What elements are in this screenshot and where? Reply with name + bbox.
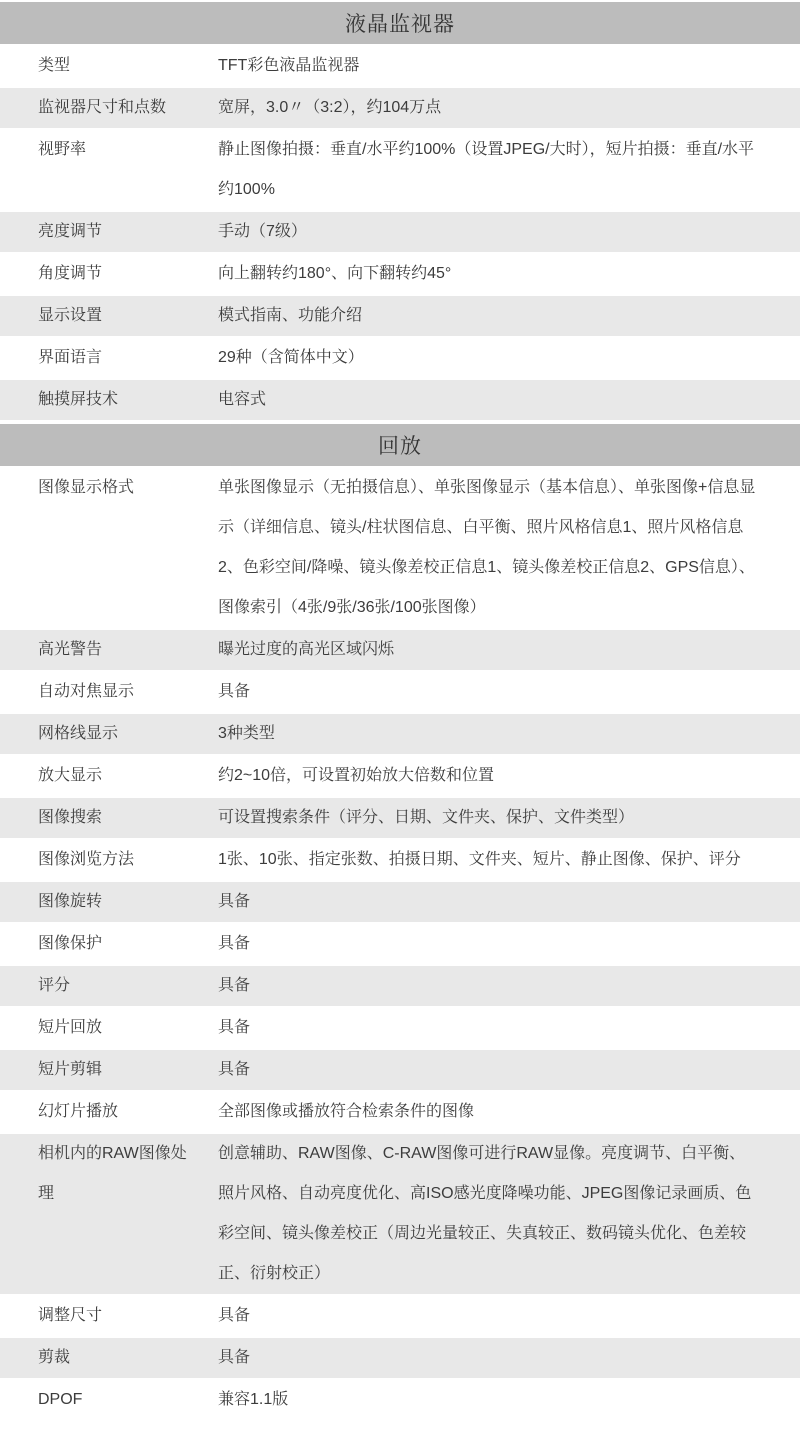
spec-value: 具备 <box>218 1050 760 1090</box>
spec-value: 可设置搜索条件（评分、日期、文件夹、保护、文件类型） <box>218 798 760 838</box>
spec-row: 调整尺寸 具备 <box>0 1296 800 1338</box>
section-header: 液晶监视器 <box>0 0 800 46</box>
spec-label: 触摸屏技术 <box>0 380 188 420</box>
spec-row: DPOF 兼容1.1版 <box>0 1380 800 1422</box>
spec-value: 29种（含简体中文） <box>218 338 760 378</box>
spec-label: 相机内的RAW图像处理 <box>0 1134 188 1294</box>
spec-value: 静止图像拍摄：垂直/水平约100%（设置JPEG/大时），短片拍摄：垂直/水平约… <box>218 130 760 210</box>
spec-row: 网格线显示 3种类型 <box>0 714 800 756</box>
spec-value: 电容式 <box>218 380 760 420</box>
spec-value: 1张、10张、指定张数、拍摄日期、文件夹、短片、静止图像、保护、评分 <box>218 840 760 880</box>
spec-label: 图像浏览方法 <box>0 840 188 880</box>
spec-value: 约2~10倍，可设置初始放大倍数和位置 <box>218 756 760 796</box>
spec-row: 图像保护 具备 <box>0 924 800 966</box>
spec-sections: 液晶监视器 类型 TFT彩色液晶监视器 监视器尺寸和点数 宽屏，3.0〃（3:2… <box>0 0 800 1422</box>
spec-label: 界面语言 <box>0 338 188 378</box>
spec-row: 图像旋转 具备 <box>0 882 800 924</box>
spec-row: 图像搜索 可设置搜索条件（评分、日期、文件夹、保护、文件类型） <box>0 798 800 840</box>
spec-label: 网格线显示 <box>0 714 188 754</box>
spec-label: 视野率 <box>0 130 188 210</box>
spec-row: 放大显示 约2~10倍，可设置初始放大倍数和位置 <box>0 756 800 798</box>
spec-value: 具备 <box>218 924 760 964</box>
spec-value: 创意辅助、RAW图像、C-RAW图像可进行RAW显像。亮度调节、白平衡、照片风格… <box>218 1134 760 1294</box>
section-title: 液晶监视器 <box>345 8 455 38</box>
spec-row: 高光警告 曝光过度的高光区域闪烁 <box>0 630 800 672</box>
section-title: 回放 <box>378 430 422 460</box>
spec-value: TFT彩色液晶监视器 <box>218 46 760 86</box>
spec-row: 自动对焦显示 具备 <box>0 672 800 714</box>
spec-label: 图像搜索 <box>0 798 188 838</box>
spec-value: 曝光过度的高光区域闪烁 <box>218 630 760 670</box>
spec-row: 图像显示格式 单张图像显示（无拍摄信息）、单张图像显示（基本信息）、单张图像+信… <box>0 468 800 630</box>
spec-label: 图像旋转 <box>0 882 188 922</box>
spec-row: 角度调节 向上翻转约180°、向下翻转约45° <box>0 254 800 296</box>
spec-row: 评分 具备 <box>0 966 800 1008</box>
camera-spec-sheet: 液晶监视器 类型 TFT彩色液晶监视器 监视器尺寸和点数 宽屏，3.0〃（3:2… <box>0 0 800 1422</box>
spec-value: 具备 <box>218 966 760 1006</box>
spec-value: 具备 <box>218 1008 760 1048</box>
spec-label: 短片回放 <box>0 1008 188 1048</box>
spec-label: DPOF <box>0 1380 188 1420</box>
spec-row: 视野率 静止图像拍摄：垂直/水平约100%（设置JPEG/大时），短片拍摄：垂直… <box>0 130 800 212</box>
spec-label: 调整尺寸 <box>0 1296 188 1336</box>
spec-row: 类型 TFT彩色液晶监视器 <box>0 46 800 88</box>
spec-label: 图像显示格式 <box>0 468 188 628</box>
spec-label: 放大显示 <box>0 756 188 796</box>
spec-row: 监视器尺寸和点数 宽屏，3.0〃（3:2），约104万点 <box>0 88 800 130</box>
spec-label: 类型 <box>0 46 188 86</box>
spec-label: 幻灯片播放 <box>0 1092 188 1132</box>
spec-row: 亮度调节 手动（7级） <box>0 212 800 254</box>
spec-value: 具备 <box>218 882 760 922</box>
section-rows: 图像显示格式 单张图像显示（无拍摄信息）、单张图像显示（基本信息）、单张图像+信… <box>0 468 800 1422</box>
spec-value: 具备 <box>218 672 760 712</box>
spec-label: 高光警告 <box>0 630 188 670</box>
spec-section: 回放 图像显示格式 单张图像显示（无拍摄信息）、单张图像显示（基本信息）、单张图… <box>0 422 800 1422</box>
spec-label: 短片剪辑 <box>0 1050 188 1090</box>
spec-label: 角度调节 <box>0 254 188 294</box>
spec-value: 具备 <box>218 1338 760 1378</box>
spec-row: 界面语言 29种（含简体中文） <box>0 338 800 380</box>
spec-row: 幻灯片播放 全部图像或播放符合检索条件的图像 <box>0 1092 800 1134</box>
spec-label: 自动对焦显示 <box>0 672 188 712</box>
spec-value: 全部图像或播放符合检索条件的图像 <box>218 1092 760 1132</box>
spec-section: 液晶监视器 类型 TFT彩色液晶监视器 监视器尺寸和点数 宽屏，3.0〃（3:2… <box>0 0 800 422</box>
spec-value: 具备 <box>218 1296 760 1336</box>
spec-label: 图像保护 <box>0 924 188 964</box>
spec-row: 短片回放 具备 <box>0 1008 800 1050</box>
spec-value: 单张图像显示（无拍摄信息）、单张图像显示（基本信息）、单张图像+信息显示（详细信… <box>218 468 760 628</box>
spec-row: 图像浏览方法 1张、10张、指定张数、拍摄日期、文件夹、短片、静止图像、保护、评… <box>0 840 800 882</box>
spec-value: 向上翻转约180°、向下翻转约45° <box>218 254 760 294</box>
spec-row: 显示设置 模式指南、功能介绍 <box>0 296 800 338</box>
spec-label: 亮度调节 <box>0 212 188 252</box>
spec-row: 相机内的RAW图像处理 创意辅助、RAW图像、C-RAW图像可进行RAW显像。亮… <box>0 1134 800 1296</box>
spec-label: 剪裁 <box>0 1338 188 1378</box>
spec-label: 显示设置 <box>0 296 188 336</box>
spec-value: 3种类型 <box>218 714 760 754</box>
spec-label: 评分 <box>0 966 188 1006</box>
spec-row: 短片剪辑 具备 <box>0 1050 800 1092</box>
spec-value: 宽屏，3.0〃（3:2），约104万点 <box>218 88 760 128</box>
section-rows: 类型 TFT彩色液晶监视器 监视器尺寸和点数 宽屏，3.0〃（3:2），约104… <box>0 46 800 422</box>
spec-row: 剪裁 具备 <box>0 1338 800 1380</box>
section-header: 回放 <box>0 422 800 468</box>
spec-row: 触摸屏技术 电容式 <box>0 380 800 422</box>
spec-value: 模式指南、功能介绍 <box>218 296 760 336</box>
spec-value: 兼容1.1版 <box>218 1380 760 1420</box>
spec-value: 手动（7级） <box>218 212 760 252</box>
spec-label: 监视器尺寸和点数 <box>0 88 188 128</box>
